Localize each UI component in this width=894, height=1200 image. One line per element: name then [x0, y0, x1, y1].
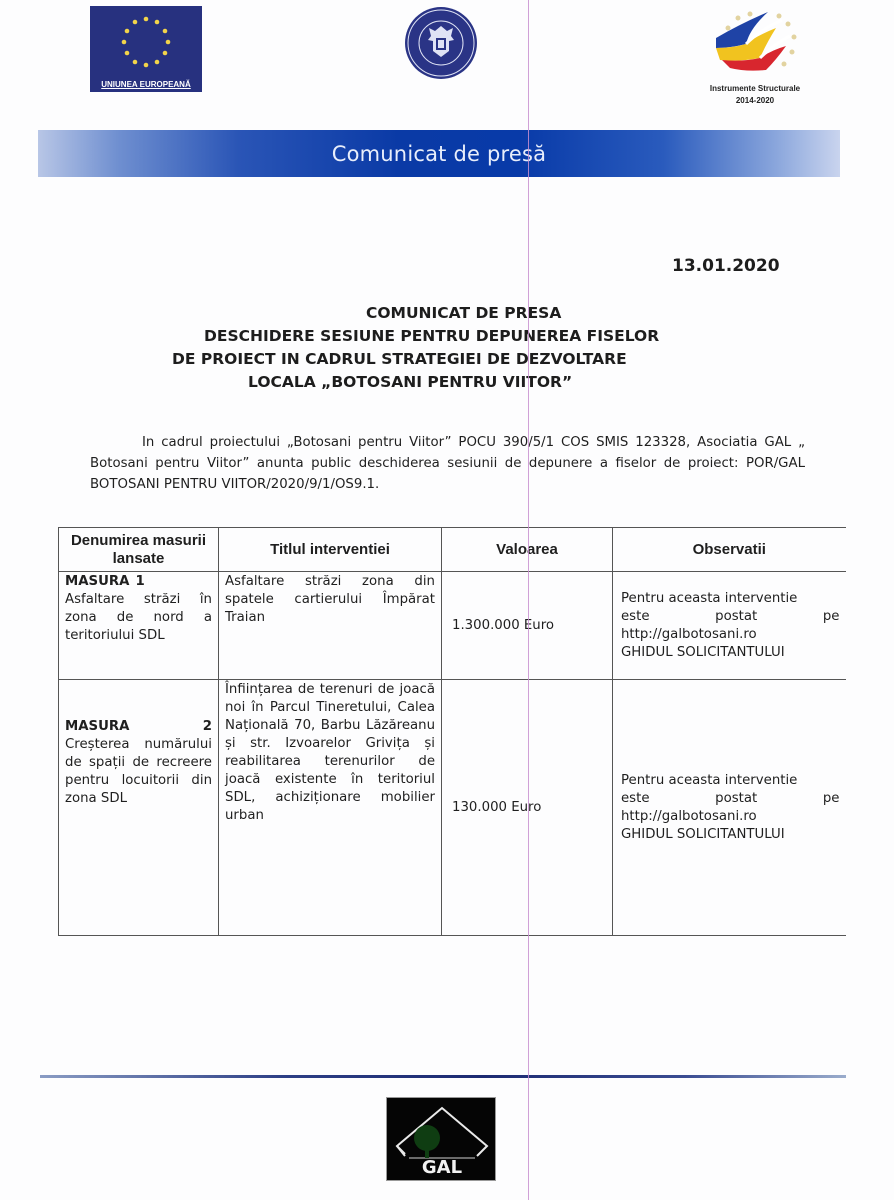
notes-line-2: este postat pe: [621, 790, 840, 808]
notes-word: postat: [715, 790, 757, 808]
notes-line-4: GHIDUL SOLICITANTULUI: [621, 826, 840, 844]
notes-line-1: Pentru aceasta interventie: [621, 772, 840, 790]
banner-title: Comunicat de presă: [332, 142, 547, 166]
measure-description: Creșterea numărului de spații de recreer…: [65, 736, 212, 808]
romanian-government-logo: [404, 6, 478, 80]
notes-cell: Pentru aceasta interventie este postat p…: [613, 572, 846, 680]
scan-artifact-line: [528, 0, 529, 1200]
measure-label: MASURA2: [65, 718, 212, 736]
table-row: MASURA2 Creșterea numărului de spații de…: [59, 680, 846, 936]
notes-line-4: GHIDUL SOLICITANTULUI: [621, 644, 840, 662]
measure-cell: MASURA2 Creșterea numărului de spații de…: [59, 680, 219, 936]
notes-cell: Pentru aceasta interventie este postat p…: [613, 680, 846, 936]
intro-text: In cadrul proiectului „Botosani pentru V…: [90, 432, 805, 495]
eu-caption: UNIUNEA EUROPEANĂ: [90, 78, 202, 92]
document-heading: COMUNICAT DE PRESA DESCHIDERE SESIUNE PE…: [120, 302, 820, 394]
header-value: Valoarea: [442, 528, 613, 572]
release-date: 13.01.2020: [672, 256, 780, 276]
measure-description: Asfaltare străzi în zona de nord a terit…: [65, 591, 212, 645]
intro-paragraph: In cadrul proiectului „Botosani pentru V…: [90, 432, 805, 495]
title-cell: Asfaltare străzi zona din spatele cartie…: [219, 572, 442, 680]
value-cell: 130.000 Euro: [442, 680, 613, 936]
measure-cell: MASURA1 Asfaltare străzi în zona de nord…: [59, 572, 219, 680]
romania-coat-of-arms-icon: [404, 6, 478, 80]
value-cell: 1.300.000 Euro: [442, 572, 613, 680]
heading-line-4: LOCALA „BOTOSANI PENTRU VIITOR”: [120, 371, 820, 394]
measure-label-text: MASURA: [65, 573, 129, 591]
gal-logo: GAL: [386, 1097, 496, 1181]
header-notes: Observatii: [613, 528, 846, 572]
notes-link[interactable]: http://galbotosani.ro: [621, 808, 840, 826]
notes-word: pe: [823, 608, 840, 626]
notes-line-1: Pentru aceasta interventie: [621, 590, 840, 608]
heading-line-1: COMUNICAT DE PRESA: [120, 302, 820, 325]
notes-word: este: [621, 608, 650, 626]
notes-link[interactable]: http://galbotosani.ro: [621, 626, 840, 644]
structural-instruments-icon: [700, 4, 810, 82]
notes-word: postat: [715, 608, 757, 626]
footer-divider: [40, 1075, 846, 1078]
notes-word: este: [621, 790, 650, 808]
header-title: Titlul interventiei: [219, 528, 442, 572]
notes-line-2: este postat pe: [621, 608, 840, 626]
measure-number: 1: [135, 573, 144, 591]
heading-line-3: DE PROIECT IN CADRUL STRATEGIEI DE DEZVO…: [120, 348, 820, 371]
structural-instruments-logo: Instrumente Structurale 2014-2020: [700, 4, 810, 110]
measure-label: MASURA1: [65, 573, 212, 591]
header-measure: Denumirea masurii lansate: [59, 528, 219, 572]
structural-instruments-caption: Instrumente Structurale: [700, 84, 810, 93]
title-cell: Înființarea de terenuri de joacă noi în …: [219, 680, 442, 936]
press-release-banner: Comunicat de presă: [38, 130, 840, 177]
notes-word: pe: [823, 790, 840, 808]
eu-flag-icon: [90, 6, 202, 78]
heading-line-2: DESCHIDERE SESIUNE PENTRU DEPUNEREA FISE…: [120, 325, 820, 348]
measures-table: Denumirea masurii lansate Titlul interve…: [58, 527, 846, 936]
eu-logo: UNIUNEA EUROPEANĂ: [90, 6, 202, 92]
table-header-row: Denumirea masurii lansate Titlul interve…: [59, 528, 846, 572]
structural-instruments-years: 2014-2020: [700, 96, 810, 105]
measure-number: 2: [203, 718, 212, 736]
gal-logo-text: GAL: [387, 1157, 497, 1178]
measure-label-text: MASURA: [65, 718, 129, 736]
table-row: MASURA1 Asfaltare străzi în zona de nord…: [59, 572, 846, 680]
